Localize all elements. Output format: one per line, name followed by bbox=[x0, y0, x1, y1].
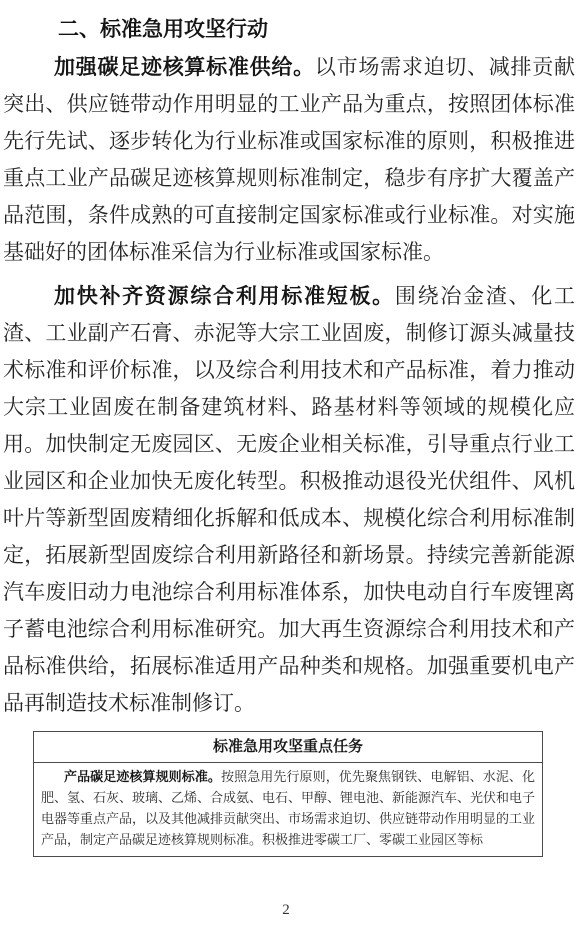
paragraph-resource-utilization: 加快补齐资源综合利用标准短板。围绕冶金渣、化工渣、工业副产石膏、赤泥等大宗工业固… bbox=[3, 278, 575, 722]
task-box-lead: 产品碳足迹核算规则标准。 bbox=[64, 769, 221, 784]
section-heading: 二、标准急用攻坚行动 bbox=[3, 12, 575, 48]
paragraph-body: 以市场需求迫切、减排贡献突出、供应链带动作用明显的工业产品为重点，按照团体标准先… bbox=[3, 55, 575, 264]
page-number: 2 bbox=[0, 902, 572, 919]
key-tasks-box-title: 标准急用攻坚重点任务 bbox=[34, 732, 542, 763]
paragraph-lead: 加快补齐资源综合利用标准短板。 bbox=[54, 284, 395, 308]
document-page: 二、标准急用攻坚行动 加强碳足迹核算标准供给。以市场需求迫切、减排贡献突出、供应… bbox=[0, 0, 578, 934]
paragraph-lead: 加强碳足迹核算标准供给。 bbox=[54, 55, 315, 79]
key-tasks-box: 标准急用攻坚重点任务 产品碳足迹核算规则标准。按照急用先行原则，优先聚焦钢铁、电… bbox=[33, 731, 543, 857]
paragraph-carbon-footprint: 加强碳足迹核算标准供给。以市场需求迫切、减排贡献突出、供应链带动作用明显的工业产… bbox=[3, 49, 575, 271]
paragraph-body: 围绕冶金渣、化工渣、工业副产石膏、赤泥等大宗工业固废，制修订源头减量技术标准和评… bbox=[3, 284, 575, 715]
key-tasks-box-body: 产品碳足迹核算规则标准。按照急用先行原则，优先聚焦钢铁、电解铝、水泥、化肥、氢、… bbox=[34, 763, 542, 856]
